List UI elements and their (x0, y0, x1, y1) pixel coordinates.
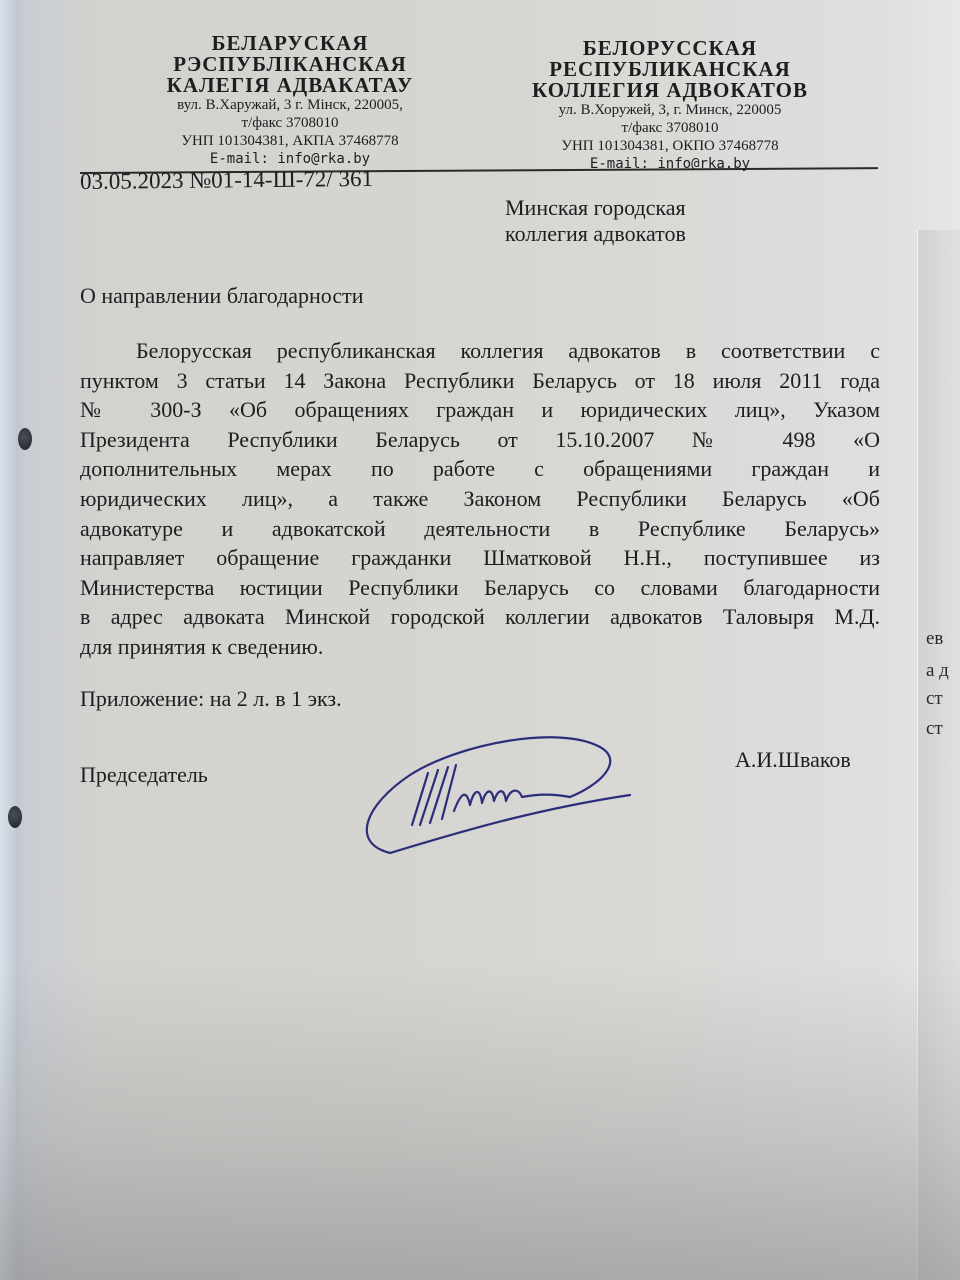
letterhead-belarusian: БЕЛАРУСКАЯ РЭСПУБЛІКАНСКАЯ КАЛЕГІЯ АДВАК… (140, 33, 440, 168)
photo-shadow (0, 960, 960, 1280)
signatory-name: А.И.Шваков (735, 747, 851, 773)
body-line: пунктом 3 статьи 14 Закона Республики Бе… (80, 366, 880, 396)
recipient-line: Минская городская (505, 195, 686, 221)
body-line: Министерства юстиции Республики Беларусь… (80, 573, 880, 603)
org-name-line: КОЛЛЕГИЯ АДВОКАТОВ (515, 80, 825, 101)
body-line: Белорусская республиканская коллегия адв… (80, 336, 880, 366)
underlying-page: ев а д ст ст (917, 230, 960, 1280)
body-line: дополнительных мерах по работе с обращен… (80, 454, 880, 484)
letter-body: Белорусская республиканская коллегия адв… (80, 336, 880, 662)
recipient: Минская городская коллегия адвокатов (505, 195, 686, 247)
letterhead-russian: БЕЛОРУССКАЯ РЕСПУБЛИКАНСКАЯ КОЛЛЕГИЯ АДВ… (515, 38, 825, 173)
body-line: направляет обращение гражданки Шматковой… (80, 543, 880, 573)
org-name-line: КАЛЕГІЯ АДВАКАТАУ (140, 75, 440, 96)
org-phone-fax: т/факс 3708010 (140, 114, 440, 132)
recipient-line: коллегия адвокатов (505, 221, 686, 247)
handwritten-signature-icon (270, 715, 650, 855)
org-registration: УНП 101304381, АКПА 37468778 (140, 132, 440, 150)
reference-number: 03.05.2023 №01-14-Ш-72/ 361 (80, 166, 373, 195)
org-registration: УНП 101304381, ОКПО 37468778 (515, 137, 825, 155)
org-name-line: БЕЛОРУССКАЯ (515, 38, 825, 59)
underlying-text: ст (926, 718, 943, 740)
org-name-line: БЕЛАРУСКАЯ (140, 33, 440, 54)
subject-line: О направлении благодарности (80, 283, 364, 309)
body-line: в адрес адвоката Минской городской колле… (80, 602, 880, 632)
underlying-text: ст (926, 688, 943, 710)
attachment-note: Приложение: на 2 л. в 1 экз. (80, 686, 342, 712)
binder-hole (8, 806, 22, 828)
body-line: юридических лиц», а также Законом Респуб… (80, 484, 880, 514)
body-line: № 300-З «Об обращениях граждан и юридиче… (80, 395, 880, 425)
body-line: для принятия к сведению. (80, 632, 880, 662)
org-email: E-mail: info@rka.by (140, 150, 440, 168)
body-line: Президента Республики Беларусь от 15.10.… (80, 425, 880, 455)
org-name-line: РЕСПУБЛИКАНСКАЯ (515, 59, 825, 80)
org-address: ул. В.Хоружей, 3, г. Минск, 220005 (515, 101, 825, 119)
sleeve-edge (0, 0, 16, 1280)
org-name-line: РЭСПУБЛІКАНСКАЯ (140, 54, 440, 75)
underlying-text: а д (926, 660, 949, 682)
org-address: вул. В.Харужай, 3 г. Мінск, 220005, (140, 96, 440, 114)
body-line: адвокатуре и адвокатской деятельности в … (80, 514, 880, 544)
org-phone-fax: т/факс 3708010 (515, 119, 825, 137)
binder-hole (18, 428, 32, 450)
underlying-text: ев (926, 628, 943, 650)
signatory-role: Председатель (80, 762, 208, 788)
